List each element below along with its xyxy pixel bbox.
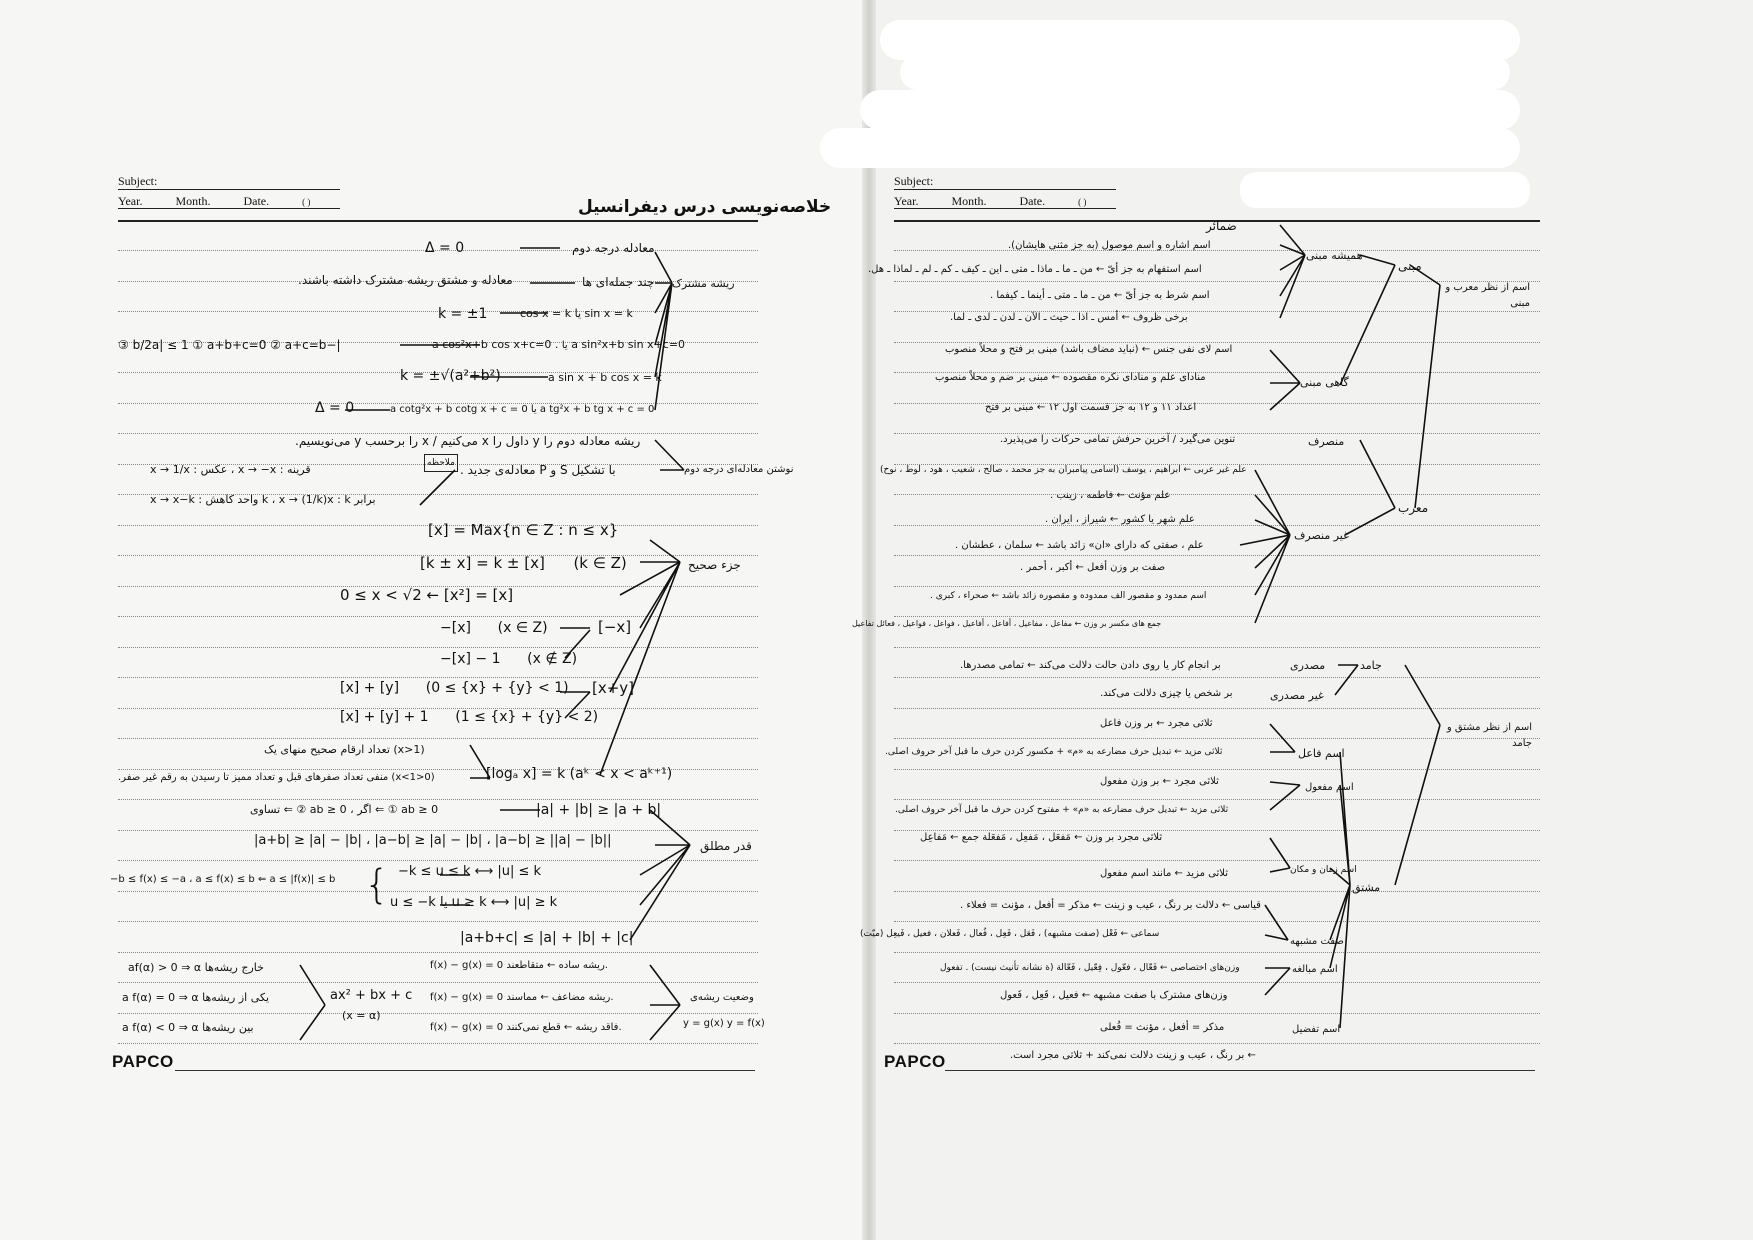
log-note-1: (x>1) تعداد ارقام صحیح منهای یک xyxy=(264,742,425,758)
sometimes-item-1: منادای علم و منادای نکره مقصوده ← مبنی ب… xyxy=(935,370,1206,386)
cr-cond-2: cos x = k یا sin x = k xyxy=(520,306,633,322)
brand-logo-left: PAPCO xyxy=(112,1052,174,1072)
gm-item-3: علم ، صفتی که دارای «ان» زائد باشد ← سلم… xyxy=(955,538,1204,554)
abs-item-2: −k ≤ u ≤ k ⟷ |u| ≤ k xyxy=(398,864,541,880)
gm-item-1: علم مؤنث ← فاطمه ، زینب . xyxy=(1050,488,1170,504)
section-label-common-roots: ریشه مشترک xyxy=(672,276,735,292)
floor-item-4: −[x] − 1 (x ∉ Z) xyxy=(440,651,577,667)
ism-mafool-label: اسم مفعول xyxy=(1305,780,1354,796)
mabni-label: مبنی xyxy=(1398,258,1422,274)
log-note-2: (0<x<1) منفی تعداد صفرهای قبل و تعداد مم… xyxy=(118,770,435,786)
floor-x-plus-y: [x+y] xyxy=(592,680,634,696)
section-label-absolute: قدر مطلق xyxy=(700,838,752,854)
floor-item-0: [x] = Max{n ∈ Z : n ≤ x} xyxy=(428,522,618,538)
floor-item-6: [x] + [y] + 1 (1 ≤ {x} + {y} < 2) xyxy=(340,709,598,725)
cr-res-1: معادله و مشتق ریشه مشترک داشته باشند. xyxy=(298,272,513,288)
roots-left-1: a f(α) = 0 ⇒ α یکی از ریشه‌ها xyxy=(122,990,269,1006)
always-item-0: ضمائر xyxy=(1206,218,1237,234)
sifat-item-0: قیاسی ← دلالت بر رنگ ، عیب و زینت ← مذکر… xyxy=(960,898,1261,914)
redaction-mark xyxy=(860,90,1520,130)
always-mabni-label: همیشه مبنی xyxy=(1306,248,1362,264)
left-header-rule xyxy=(118,220,758,222)
gm-item-2: علم شهر یا کشور ← شیراز ، ایران . xyxy=(1045,512,1195,528)
floor-item-1: [k ± x] = k ± [x] (k ∈ Z) xyxy=(420,555,627,571)
jamed-label: جامد xyxy=(1360,658,1382,674)
footer-rule-right xyxy=(945,1070,1535,1071)
new-eq-line-2: با تشکیل S و P معادله‌ی جدید . xyxy=(460,462,616,478)
sometimes-item-0: اسم لای نفی جنس ← (نباید مضاف باشد) مبنی… xyxy=(945,342,1232,358)
sometimes-mabni-label: گاهی مبنی xyxy=(1300,375,1349,391)
gm-item-6: جمع های مکسر بر وزن ← مفاعل ، مفاعیل ، أ… xyxy=(852,616,1161,632)
cr-cond-4: a sin x + b cos x = k xyxy=(548,370,662,386)
new-eq-line-1: ریشه معادله دوم را y داول را x می‌کنیم /… xyxy=(295,433,640,449)
zaman-makan-label: اسم زمان و مکان xyxy=(1290,862,1357,878)
roots-left-2: a f(α) < 0 ⇒ α بین ریشه‌ها xyxy=(122,1020,254,1036)
moarab-label: معرب xyxy=(1398,500,1428,516)
monsarif-label: منصرف xyxy=(1308,434,1344,450)
masdari-label: مصدری xyxy=(1290,658,1325,674)
redaction-mark xyxy=(880,20,1520,60)
page-title: خلاصه‌نویسی درس دیفرانسیل xyxy=(578,197,831,217)
always-item-1: اسم اشاره و اسم موصول (به جز مثنی هایشان… xyxy=(1008,238,1211,254)
gm-item-5: اسم ممدود و مقصور الف ممدوده و مقصوره زا… xyxy=(930,588,1206,604)
ghair-monsarif-label: غیر منصرف xyxy=(1294,528,1349,544)
mobalegha-item-1: وزن‌های مشترک با صفت مشبهه ← فعیل ، فَعِ… xyxy=(1000,988,1227,1004)
redaction-mark xyxy=(1240,172,1530,208)
always-item-3: اسم شرط به جز أیّ ← من ـ ما ـ متی ـ أینم… xyxy=(990,288,1210,304)
transform-a: x → 1/x : عکس ، x → −x : قرینه xyxy=(150,462,311,478)
cr-res-5: Δ = 0 xyxy=(315,400,354,416)
abs-item-1: |a+b| ≥ |a| − |b| ، |a−b| ≥ |a| − |b| ، … xyxy=(254,833,611,849)
cr-cond-3-visible: a cos²x+b cos x+c=0 . یا a sin²x+b sin x… xyxy=(432,337,685,354)
gm-item-4: صفت بر وزن أفعل ← أکبر ، أحمر . xyxy=(1020,560,1165,576)
monsarif-item-0: تنوین می‌گیرد / آخرین حرفش تمامی حرکات ر… xyxy=(1000,432,1235,448)
redaction-mark xyxy=(900,55,1510,90)
always-item-2: اسم استفهام به جز أیّ ← من ـ ما ـ ماذا ـ… xyxy=(868,262,1202,278)
roots-right-1: f(x) − g(x) = 0 ریشه مضاعف ← مماسند. xyxy=(430,990,614,1006)
cr-cond-1: چند جمله‌ای ها xyxy=(582,274,654,290)
ism-fael-item-0: ثلاثی مجرد ← بر وزن فاعل xyxy=(1100,716,1213,732)
abs-item-3: u ≤ −k یا u ≥ k ⟷ |u| ≥ k xyxy=(390,895,557,911)
floor-item-5: [x] + [y] (0 ≤ {x} + {y} < 1) xyxy=(340,680,569,696)
ghair-masdari-text: بر شخص یا چیزی دلالت می‌کند. xyxy=(1100,686,1233,702)
transform-b: x → x−k : واحد کاهش k ، x → (1/k)x : k ب… xyxy=(150,492,376,508)
zaman-makan-item-1: ثلاثی مزید ← مانند اسم مفعول xyxy=(1100,866,1228,882)
subject-label: Subject: xyxy=(894,174,933,189)
floor-item-2: 0 ≤ x < √2 ← [x²] = [x] xyxy=(340,587,513,603)
quadratic-expr: ax² + bx + c xyxy=(330,988,412,1004)
sometimes-item-2: اعداد ۱۱ و ۱۲ به جز قسمت اول ۱۲ ← مبنی ب… xyxy=(985,400,1196,416)
abs-brace: { xyxy=(364,862,389,908)
zaman-makan-item-0: ثلاثی مجرد بر وزن ← مَفعَل ، مَفعِل ، مَ… xyxy=(920,830,1162,846)
moshtaq-label: مشتق xyxy=(1352,880,1380,896)
mobalegha-label: اسم مبالغه xyxy=(1292,962,1338,978)
section-label-floor: جزء صحیح xyxy=(688,557,741,573)
section-label-new-equation: نوشتن معادله‌ای درجه دوم xyxy=(684,462,794,478)
section-label-roots-position: وضعیت ریشه‌ی xyxy=(690,990,754,1006)
brand-logo-right: PAPCO xyxy=(884,1052,946,1072)
year-label: Year. xyxy=(894,194,918,209)
sifat-item-1: سماعی ← فَعْل (صفت مشبهه) ، فَعَل ، فَعِ… xyxy=(860,926,1159,942)
month-label: Month. xyxy=(175,194,210,209)
mobalegha-item-0: وزن‌های اختصاصی ← فَعّال ، فعّول ، فِعّی… xyxy=(940,960,1240,976)
jamed-moshtaq-label: اسم از نظر مشتق و جامد xyxy=(1442,720,1532,752)
floor-item-3: −[x] (x ∈ Z) xyxy=(440,620,548,636)
ism-fael-item-1: ثلاثی مزید ← تبدیل حرف مضارعه به «م» + م… xyxy=(885,744,1222,760)
tafdil-item-1: ← بر رنگ ، عیب و زینت دلالت نمی‌کند + ثل… xyxy=(1010,1048,1256,1064)
note-tag: ملاحظه xyxy=(424,454,458,472)
root-label: اسم از نظر معرب و مبنی xyxy=(1442,280,1530,312)
cr-cond-0: معادله درجه دوم xyxy=(572,240,655,256)
cr-res-4: k = ±√(a²+b²) xyxy=(400,368,501,384)
cr-res-3: |−b/2a| ≤ 1 ① a+b+c=0 ② a+c=b ③ xyxy=(118,337,341,353)
log-formula: [logₐ x] = k (aᵏ < x < aᵏ⁺¹) xyxy=(486,766,672,782)
masdari-text: بر انجام کار یا روی دادن حالت دلالت می‌ک… xyxy=(960,658,1221,674)
abs-item-0: |a| + |b| ≥ |a + b| xyxy=(536,802,661,818)
roots-right-0: f(x) − g(x) = 0 ریشه ساده ← متقاطعند. xyxy=(430,958,608,974)
date-label: Date. xyxy=(243,194,269,209)
abs-range-note: −b ≤ f(x) ≤ −a ، a ≤ f(x) ≤ b ⇐ a ≤ |f(x… xyxy=(110,872,335,888)
redaction-mark xyxy=(820,128,1520,168)
date-paren: ( ) xyxy=(1078,197,1086,207)
sifat-label: صفت مشبهه xyxy=(1290,934,1344,950)
roots-right-2: f(x) − g(x) = 0 فاقد ریشه ← قطع نمی‌کنند… xyxy=(430,1020,622,1036)
ism-mafool-item-1: ثلاثی مزید ← تبدیل حرف مضارعه به «م» + م… xyxy=(895,802,1228,818)
ism-mafool-item-0: ثلاثی مجرد ← بر وزن مفعول xyxy=(1100,774,1219,790)
date-label: Date. xyxy=(1019,194,1045,209)
month-label: Month. xyxy=(951,194,986,209)
year-label: Year. xyxy=(118,194,142,209)
cr-res-2: k = ±1 xyxy=(438,306,487,322)
ghair-masdari-label: غیر مصدری xyxy=(1270,688,1324,704)
abs-item-4: |a+b+c| ≤ |a| + |b| + |c| xyxy=(460,930,633,946)
abs-equality-note: ab ≥ 0 ① ⇐ اگر ، ab ≥ 0 ② ⇐ تساوی xyxy=(250,802,438,818)
cr-cond-5: a cotg²x + b cotg x + c = 0 یا a tg²x + … xyxy=(390,402,654,418)
gm-item-0: علم غیر عربی ← ابراهیم ، یوسف (اسامی پیا… xyxy=(880,462,1247,478)
subject-label: Subject: xyxy=(118,174,157,189)
tafdil-item-0: مذکر = أفعل ، مؤنث = فُعلی xyxy=(1100,1020,1224,1036)
cr-res-0: Δ = 0 xyxy=(425,240,464,256)
tafdil-label: اسم تفضیل xyxy=(1292,1022,1340,1038)
date-paren: ( ) xyxy=(302,197,310,207)
quadratic-cond: (x = α) xyxy=(342,1008,381,1024)
roots-left-0: af(α) > 0 ⇒ α خارج ریشه‌ها xyxy=(128,960,264,976)
floor-neg-x: [−x] xyxy=(598,619,631,635)
ism-fael-label: اسم فاعل xyxy=(1298,746,1345,762)
roots-position-sub-label: y = g(x) y = f(x) xyxy=(683,1016,765,1032)
always-item-4: برخی ظروف ← أمس ـ اذا ـ حیث ـ الآن ـ لدن… xyxy=(950,310,1188,326)
footer-rule-left xyxy=(175,1070,755,1071)
